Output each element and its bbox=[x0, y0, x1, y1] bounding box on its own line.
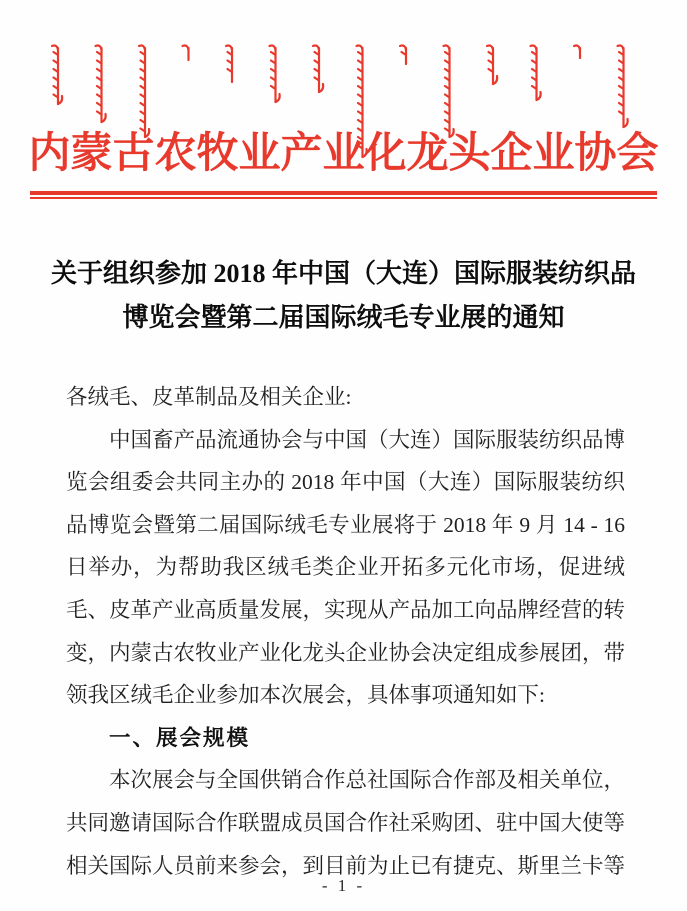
divider-thick-line bbox=[30, 191, 657, 195]
document-body: 各绒毛、皮革制品及相关企业: 中国畜产品流通协会与中国（大连）国际服装纺织品博览… bbox=[66, 376, 625, 887]
document-title-line1: 关于组织参加 2018 年中国（大连）国际服装纺织品 bbox=[51, 259, 636, 288]
body-paragraph-2: 本次展会与全国供销合作总社国际合作部及相关单位，共同邀请国际合作联盟成员国合作社… bbox=[66, 759, 625, 887]
letterhead-divider bbox=[30, 191, 657, 199]
document-title-line2: 博览会暨第二届国际绒毛专业展的通知 bbox=[122, 303, 564, 332]
letterhead: 内蒙古农牧业产业化龙头企业协会 bbox=[0, 0, 687, 205]
document-title: 关于组织参加 2018 年中国（大连）国际服装纺织品 博览会暨第二届国际绒毛专业… bbox=[40, 252, 647, 340]
salutation: 各绒毛、皮革制品及相关企业: bbox=[66, 376, 625, 419]
document-page: 内蒙古农牧业产业化龙头企业协会 关于组织参加 2018 年中国（大连）国际服装纺… bbox=[0, 0, 687, 911]
page-number: - 1 - bbox=[0, 876, 687, 896]
organization-name: 内蒙古农牧业产业化龙头企业协会 bbox=[0, 120, 687, 180]
divider-thin-line bbox=[30, 197, 657, 199]
body-paragraph-1: 中国畜产品流通协会与中国（大连）国际服装纺织品博览会组委会共同主办的 2018 … bbox=[66, 419, 625, 717]
section-heading-1: 一、展会规模 bbox=[66, 717, 625, 760]
